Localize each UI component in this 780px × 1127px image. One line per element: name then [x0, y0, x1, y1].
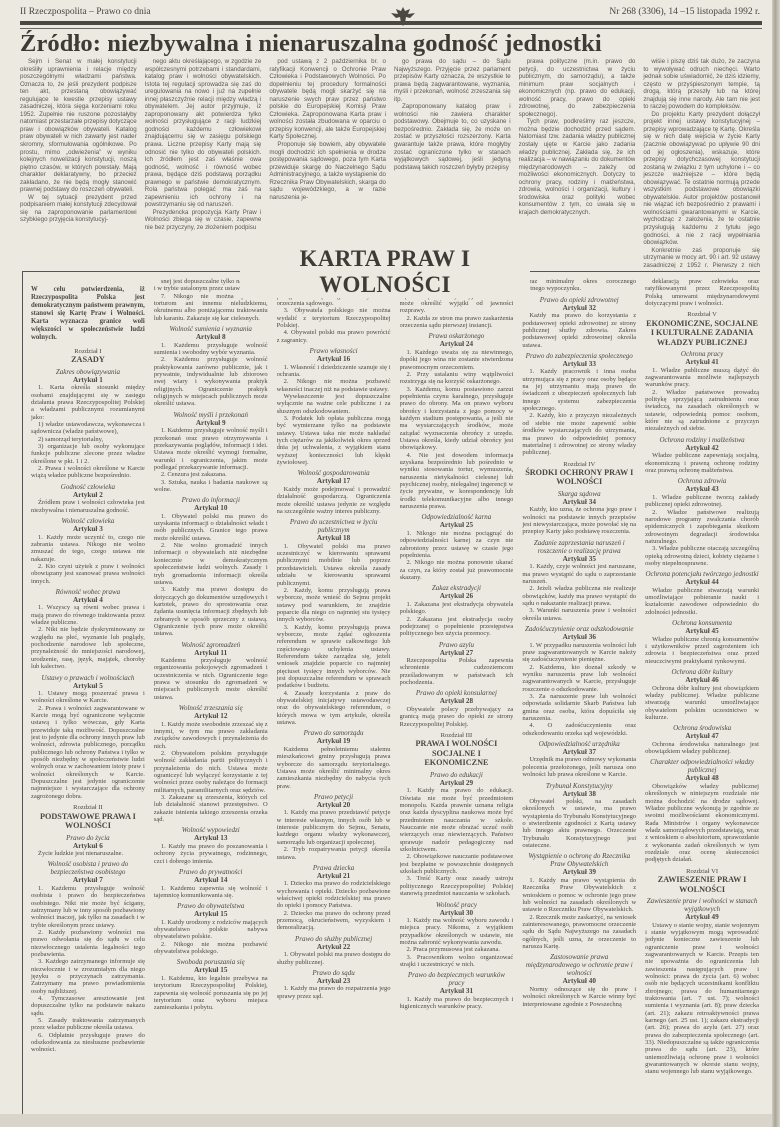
chapter-title: ZASADY — [31, 355, 145, 365]
section-title: Ochrona potencjału twórczego jednostki — [645, 570, 759, 578]
paragraph: 3. Warunki naruszenia praw i wolności ok… — [522, 607, 636, 622]
paragraph: 3) organizacje lub osoby wykonujące funk… — [31, 443, 145, 465]
paragraph: 2. Każdy, kto z przyczyn niezależnych od… — [522, 412, 636, 456]
section-title: Prawo do uczestnictwa w życiu publicznym — [277, 518, 391, 534]
article-number: Artykuł 44 — [645, 578, 759, 587]
intro-column: Sejm i Senat w małej konstytucji określi… — [20, 58, 137, 268]
paragraph: 1. Każdego uważa się za niewinnego, dopó… — [400, 349, 514, 371]
paragraph: 2. Cenzura jest zakazana. — [154, 471, 268, 478]
article-number: Artykuł 30 — [400, 909, 514, 918]
article-number: Artykuł 41 — [645, 358, 759, 367]
paragraph: wiśie i piszę dziś tak dużo, że zaczyna … — [643, 58, 760, 111]
section-title: Wolność człowieka — [31, 517, 145, 525]
preamble: W celu potwierdzenia, iż Rzeczypospolita… — [31, 286, 145, 342]
section-title: Ochrona rodziny i małżeństwa — [645, 436, 759, 444]
article-number: Artykuł 28 — [400, 697, 514, 706]
section-title: Prawo do opieki zdrowotnej — [522, 296, 636, 304]
paragraph: Ochrona dóbr kultury jest obowiązkiem wł… — [645, 685, 759, 722]
section-title: Prawa dziecka — [277, 864, 391, 872]
paragraph: Proponuje się bowiem, aby obywatele mogl… — [269, 141, 386, 201]
paragraph: Konkretnie zaś proponuje się utrzymanie … — [643, 247, 760, 268]
section-title: Prawa oskarżonego — [400, 332, 514, 340]
paragraph: 1. Każdy ma prawo do bezpiecznych i higi… — [400, 996, 514, 1011]
paragraph: 2. Jeżeli władza publiczna nie realizuje… — [522, 585, 636, 607]
paragraph: 1. Władze publiczne muszą dążyć do zagwa… — [645, 367, 759, 389]
paragraph: 2. Nikogo nie można ponownie ukarać za c… — [400, 559, 514, 581]
article-number: Artykuł 23 — [277, 977, 391, 986]
paragraph: 2. Przy ustalaniu winy wątpliwości rozst… — [400, 371, 514, 386]
paragraph: Władze publiczne zapewniają socjalną, ek… — [645, 452, 759, 474]
paragraph: 3. Za naruszenie praw lub wolności odpow… — [522, 693, 636, 722]
article-number: Artykuł 1 — [31, 376, 145, 385]
paragraph: 4. Zasady korzystania z praw do obywatel… — [277, 690, 391, 727]
article-number: Artykuł 33 — [522, 360, 636, 369]
section-title: Prawo do opieki konsularnej — [400, 689, 514, 697]
paragraph: 1. Każdemu przysługuje wolność sumienia … — [154, 342, 268, 357]
section-title: Wolność zgromadzeń — [154, 641, 268, 649]
paragraph: 1. Zakazana jest ekstradycja obywatela p… — [400, 601, 514, 616]
paragraph: 3. Obywatela polskiego nie można wydalić… — [277, 307, 391, 329]
article-number: Artykuł 42 — [645, 444, 759, 453]
section-title: Zakres obowiązywania — [31, 368, 145, 376]
section-title: Prawo azylu — [400, 641, 514, 649]
paragraph: Obywatel polski, na zasadach określonych… — [522, 798, 636, 849]
paragraph: 1. Każdy, czyje wolności jest naruszane,… — [522, 563, 636, 585]
paragraph: 4. Obywatel polski ma prawo powrócić z z… — [277, 329, 391, 344]
chapter-number: Rozdział I — [31, 348, 145, 355]
article-number: Artykuł 13 — [154, 834, 268, 843]
article-number: Artykuł 34 — [522, 498, 636, 507]
article-number: Artykuł 38 — [522, 790, 636, 799]
article-number: Artykuł 15 — [154, 966, 268, 975]
paragraph: Obowiązków władzy publicznej określonych… — [645, 783, 759, 864]
paragraph: 2. Nikogo nie można pozbawić obywatelstw… — [154, 941, 268, 956]
paragraph: prawa polityczne (m.in. prawo do petycji… — [519, 58, 636, 118]
intro-column: wiśie i piszę dziś tak dużo, że zaczyna … — [643, 58, 760, 268]
paragraph: 2. Obywatelom polskim przysługuje wolnoś… — [154, 750, 268, 794]
paragraph: Każdy, kto uzna, że ochrona jego praw i … — [522, 506, 636, 535]
section-title: Wolność pracy — [400, 901, 514, 909]
section-title: Wolność zrzeszania się — [154, 704, 268, 712]
section-title: Prawo petycji — [277, 793, 391, 801]
paragraph: 1. Obywatel polski ma prawo dostępu do s… — [277, 951, 391, 966]
paragraph: 1. Każdemu przysługuje wolność osobista … — [31, 885, 145, 929]
paragraph: 1. Obywatel polski ma prawo uczestniczyć… — [277, 543, 391, 587]
section-title: Skarga sądowa — [522, 490, 636, 498]
article-number: Artykuł 19 — [277, 737, 391, 746]
section-title: Wolność gospodarowania — [277, 469, 391, 477]
paragraph: Normy odnoszące się do praw i wolności o… — [522, 986, 636, 1008]
paragraph: 2. Dziecko ma prawo do ochrony przed prz… — [277, 910, 391, 932]
article-number: Artykuł 40 — [522, 977, 636, 986]
paragraph: 4. Nie jest dowodem informacja uzyskana … — [400, 452, 514, 511]
section-title: Prawo do edukacji — [400, 771, 514, 779]
article-number: Artykuł 18 — [277, 534, 391, 543]
paragraph: 1. Każdy ma prawo do edukacji. Oświata n… — [400, 787, 514, 853]
section-title: Prawo do bezpiecznych warunków pracy — [400, 971, 514, 987]
article-number: Artykuł 15 — [154, 910, 268, 919]
paragraph: 2) samorząd terytorialny, — [31, 436, 145, 443]
article-number: Artykuł 5 — [31, 682, 145, 691]
paragraph: Władze publiczne stwarzają warunki umożl… — [645, 587, 759, 616]
section-title: Prawo do życia — [31, 834, 145, 842]
paragraph: Każdemu pełnoletniemu stałemu mieszkańco… — [277, 746, 391, 790]
intro-column: nego aktu określającego, w zgodzie ze ws… — [145, 58, 262, 268]
paragraph: 1. Każdy ma wolność wyboru zawodu i miej… — [400, 917, 514, 946]
paragraph: go prawa do sądu – do Sądu Najwyższego. … — [394, 58, 511, 103]
article-number: Artykuł 20 — [277, 801, 391, 810]
charter-column: Ograniczenie może określić ustawa ze wzg… — [277, 278, 391, 1113]
paragraph: Źródłem praw i wolności człowieka jest n… — [31, 499, 145, 514]
section-title: Prawo do obywatelstwa — [154, 902, 268, 910]
article-number: Artykuł 17 — [277, 477, 391, 486]
paragraph: 2. Każdy, komu przysługują prawa wyborcz… — [277, 587, 391, 624]
article-number: Artykuł 49 — [645, 913, 759, 922]
charter-column: który rozpatrzy ją jawnie i bez nieuzasa… — [400, 278, 514, 1113]
paragraph: 2. Każda ze stron ma prawo zaskarżenia o… — [400, 315, 514, 330]
header-rule-thin — [20, 28, 762, 29]
intro-article: Sejm i Senat w małej konstytucji określi… — [20, 58, 760, 268]
paragraph: 1. Każdemu przysługuje wolność myśli i p… — [154, 427, 268, 471]
section-title: Prawo do samorządu — [277, 729, 391, 737]
chapter-title: ZAWIESZENIE PRAW I WOLNOŚCI — [645, 875, 759, 894]
section-title: Ochrona zdrowia — [645, 477, 759, 485]
paragraph: 1. Każdy urodzony z rodziców mających ob… — [154, 919, 268, 941]
paragraph: 1) władze ustawodawcza, wykonawcza i sąd… — [31, 421, 145, 436]
paragraph: Każdemu przysługuje wolność organizowani… — [154, 657, 268, 701]
section-title: Ochrona dóbr kultury — [645, 668, 759, 676]
chapter-title: ŚRODKI OCHRONY PRAW I WOLNOŚCI — [522, 468, 636, 487]
article-number: Artykuł 29 — [400, 779, 514, 788]
paragraph: 2. Tryb rozpatrywania petycji określa us… — [277, 846, 391, 861]
paragraph: Sejm i Senat w małej konstytucji określi… — [20, 58, 137, 194]
paragraph: 2. Władze państwowe realizują narodowe p… — [645, 509, 759, 546]
newspaper-page: II Rzeczpospolita – Prawo co dnia Nr 268… — [0, 0, 772, 1127]
chapter-number: Rozdział V — [645, 311, 759, 318]
article-number: Artykuł 35 — [522, 555, 636, 564]
section-title: Prawo do zabezpieczenia społecznego — [522, 352, 636, 360]
paragraph: 1. Obywatel polski ma prawo do uzyskania… — [154, 513, 268, 542]
article-number: Artykuł 24 — [400, 340, 514, 349]
chapter-number: Rozdział IV — [522, 461, 636, 468]
article-number: Artykuł 8 — [154, 333, 268, 342]
issue-info: Nr 268 (3306), 14 –15 listopada 1992 r. — [609, 7, 760, 17]
paragraph: Władze publiczne chronią konsumentów i u… — [645, 636, 759, 665]
paragraph: 2. Praca przymusowa jest zakazana. — [400, 946, 514, 953]
paragraph: 1. Każdy ma prawo przedstawić petycje w … — [277, 809, 391, 846]
paragraph: 5. Zasady traktowania zatrzymanych przez… — [31, 1017, 145, 1032]
paragraph: 2. Obowiązkowe nauczanie podstawowe jest… — [400, 853, 514, 875]
chapter-title: PODSTAWOWE PRAWA I WOLNOŚCI — [31, 812, 145, 831]
paragraph: 2. Nie wolno gromadzić innych informacji… — [154, 542, 268, 586]
paragraph: 1. Wszyscy są równi wobec prawa i mają p… — [31, 604, 145, 626]
article-number: Artykuł 3 — [31, 525, 145, 534]
paragraph: 3. Podatek lub opłata publiczna mogą być… — [277, 415, 391, 466]
paragraph: 2. Każdemu przysługuje wolność praktykow… — [154, 356, 268, 407]
paragraph: 3. Każdy, komu przysługują prawa wyborcz… — [277, 624, 391, 690]
article-number: Artykuł 26 — [400, 592, 514, 601]
paragraph: pod ustawą z 2 października br. o ratyfi… — [269, 58, 386, 141]
section-title: Ochrona konsumenta — [645, 619, 759, 627]
section-title: Trybunał Konstytucyjny — [522, 782, 636, 790]
paragraph: 2. Władze państwowe prowadzą politykę sp… — [645, 389, 759, 433]
paragraph: Obywatele polscy przebywający za granicą… — [400, 706, 514, 728]
section-title: Zawieszenie praw i wolności w stanach wy… — [645, 897, 759, 913]
section-title: Ochrona środowiska — [645, 724, 759, 732]
chapter-title: PRAWA I WOLNOŚCI SOCJALNE I EKONOMICZNE — [400, 739, 514, 768]
paragraph: 1. Każdy pracownik i inna osoba utrzymuj… — [522, 368, 636, 412]
article-number: Artykuł 4 — [31, 596, 145, 605]
article-number: Artykuł 11 — [154, 649, 268, 658]
paragraph: Tych praw, podkreślmy raz jeszcze, można… — [519, 118, 636, 216]
paragraph: 2. Każdy pozbawiony wolności ma prawo od… — [31, 929, 145, 958]
paragraph: 1. Własność i dziedziczenie szanuje się … — [277, 364, 391, 379]
paragraph: 4. O zadośćuczynieniu oraz odszkodowaniu… — [522, 722, 636, 737]
paragraph: 1. Dziecko ma prawo do rodzicielskiego w… — [277, 880, 391, 909]
section-title: Zastosowanie prawa międzynarodowego w oc… — [522, 953, 636, 977]
paragraph: 1. Władze publiczne tworzą zakłady publi… — [645, 494, 759, 509]
section-title: Zadanie zaprzestania naruszeń i roszczen… — [522, 539, 636, 555]
section-title: Wolność myśli i przekonań — [154, 411, 268, 419]
paragraph: Do projektu Karty prezydent dołączył pro… — [643, 111, 760, 247]
section-title: Prawo do prywatności — [154, 868, 268, 876]
header-rule — [20, 21, 762, 25]
paragraph: 1. Każdemu zapewnia się wolność i tajemn… — [154, 885, 268, 900]
article-number: Artykuł 31 — [400, 987, 514, 996]
section-title: Charakter odpowiedzialności władzy publi… — [645, 758, 759, 774]
article-number: Artykuł 47 — [645, 732, 759, 741]
paragraph: 2. Prawa i wolności zagwarantowane w Kar… — [31, 705, 145, 800]
paragraph: 3. Pracownikom wolno organizować strajki… — [400, 954, 514, 969]
section-name: II Rzeczpospolita – Prawo co dnia — [20, 7, 151, 17]
article-number: Artykuł 45 — [645, 627, 759, 636]
paragraph: Każdy może podejmować i prowadzić działa… — [277, 486, 391, 515]
article-number: Artykuł 12 — [154, 712, 268, 721]
paragraph: 2. Zakazana jest ekstradycja osoby podej… — [400, 616, 514, 638]
paragraph: 3. Każdy ma prawo dostępu do dotyczących… — [154, 586, 268, 637]
section-title: Prawo do informacji — [154, 496, 268, 504]
section-title: Zadośćuczynienie oraz odszkodowanie — [522, 625, 636, 633]
paragraph: 6. Odpłatnie przysługuje prawo do odszko… — [31, 1032, 145, 1054]
paragraph: 1. Każdy ma prawo wystąpienia do Rzeczni… — [522, 877, 636, 914]
article-number: Artykuł 32 — [522, 304, 636, 313]
paragraph: Wywłaszczenie jest dopuszczalne wyłączni… — [277, 393, 391, 415]
charter-title: KARTA PRAW I WOLNOŚCI — [240, 246, 530, 298]
paragraph: Zaproponowany katalog praw i wolności ni… — [394, 103, 511, 171]
section-title: Prawo własności — [277, 347, 391, 355]
article-number: Artykuł 6 — [31, 842, 145, 851]
chapter-number: Rozdział VI — [645, 868, 759, 875]
paragraph: 2. Kto czyni użytek z praw i wolności ob… — [31, 563, 145, 585]
chapter-number: Rozdział II — [31, 804, 145, 811]
paragraph: Rzeczpospolita Polska zapewnia schronien… — [400, 657, 514, 686]
paragraph: 1. Każdy ma prawo do rozpatrzenia jego s… — [277, 985, 391, 1000]
section-title: Swoboda poruszania się — [154, 958, 268, 966]
article-number: Artykuł 16 — [277, 355, 391, 364]
chapter-title: EKONOMICZNE, SOCJALNE I KULTURALNE ZADAN… — [645, 319, 759, 348]
intro-column: go prawa do sądu – do Sądu Najwyższego. … — [394, 58, 511, 268]
paragraph: 1. Każdy może uczynić to, czego nie zabr… — [31, 534, 145, 563]
charter-column: snej jest dopuszczalne tylko na zasadach… — [154, 278, 268, 1113]
article-number: Artykuł 21 — [277, 872, 391, 881]
article-number: Artykuł 14 — [154, 876, 268, 885]
article-number: Artykuł 9 — [154, 419, 268, 428]
article-number: Artykuł 7 — [31, 876, 145, 885]
paragraph: Każdy ma prawo do korzystania z podstawo… — [522, 312, 636, 349]
section-title: Wystąpienie o ochronę do Rzecznika Praw … — [522, 852, 636, 868]
charter-column: W celu potwierdzenia, iż Rzeczypospolita… — [31, 278, 145, 1113]
paragraph: 1. Każdemu, kto legalnie przebywa na ter… — [154, 975, 268, 1012]
paragraph: 2. Nikogo nie można pozbawić własności i… — [277, 378, 391, 393]
charter-columns: W celu potwierdzenia, iż Rzeczypospolita… — [31, 278, 759, 1113]
paragraph: 1. Ustawy mogą poszerzać prawa i wolnośc… — [31, 690, 145, 705]
paragraph: 3. Każdego zatrzymanego informuje się ni… — [31, 958, 145, 995]
paragraph: 1. W przypadku naruszenia wolności lub p… — [522, 642, 636, 664]
paragraph: 3. Zakazane są zrzeszenia, których cel l… — [154, 794, 268, 823]
paragraph: Życie ludzkie jest nienaruszalne. — [31, 850, 145, 857]
paragraph: 2. Nikt nie będzie dyskryminowany ze wzg… — [31, 626, 145, 670]
article-number: Artykuł 48 — [645, 774, 759, 783]
article-number: Artykuł 36 — [522, 633, 636, 642]
article-number: Artykuł 22 — [277, 943, 391, 952]
article-number: Artykuł 25 — [400, 521, 514, 530]
paragraph: W tej sytuacji prezydent przed podpisani… — [20, 194, 137, 224]
article-number: Artykuł 46 — [645, 676, 759, 685]
article-number: Artykuł 43 — [645, 485, 759, 494]
paragraph: nego aktu określającego, w zgodzie ze ws… — [145, 58, 262, 209]
intro-column: pod ustawą z 2 października br. o ratyfi… — [269, 58, 386, 268]
paragraph: 2. Każdemu, kto doznał szkody w wyniku n… — [522, 664, 636, 693]
paragraph: 3. Treść Karty oraz zasady ustroju polit… — [400, 875, 514, 897]
page-fold-edge — [772, 0, 780, 1127]
paragraph: 1. Karta określa stosunki między osobami… — [31, 384, 145, 421]
paragraph: 1. Każdy ma prawo do poszanowania i ochr… — [154, 843, 268, 865]
charter-column: raz minimalny okres corocznego płatnego … — [522, 278, 636, 1113]
section-title: Wolność osobista i prawo do bezpieczeńst… — [31, 860, 145, 876]
article-number: Artykuł 39 — [522, 868, 636, 877]
article-number: Artykuł 37 — [522, 748, 636, 757]
section-title: Odpowiedzialność urzędnika — [522, 740, 636, 748]
page-bottom-edge — [0, 1114, 772, 1127]
paragraph: 3. Sztuka, nauka i badania naukowe są wo… — [154, 479, 268, 494]
paragraph: raz minimalny okres corocznego płatnego … — [522, 278, 636, 293]
section-title: Prawo do służby publicznej — [277, 935, 391, 943]
section-title: Ustawy o prawach i wolnościach — [31, 674, 145, 682]
section-title: Odpowiedzialność karna — [400, 513, 514, 521]
charter-column: deklaracją praw człowieka oraz ratyfikow… — [645, 278, 759, 1113]
section-title: Wolność sumienia i wyznania — [154, 325, 268, 333]
section-title: Wolność wypowiedzi — [154, 826, 268, 834]
section-title: Równość wobec prawa — [31, 588, 145, 596]
intro-column: prawa polityczne (m.in. prawo do petycji… — [519, 58, 636, 268]
paragraph: 2. Rzecznik może zaskarżyć, na wniosek z… — [522, 914, 636, 951]
paragraph: deklaracją praw człowieka oraz ratyfikow… — [645, 278, 759, 307]
paragraph: 1. Nikogo nie można pociągnąć do odpowie… — [400, 530, 514, 559]
charter-box: W celu potwierdzenia, iż Rzeczypospolita… — [22, 271, 760, 1114]
article-number: Artykuł 10 — [154, 504, 268, 513]
paragraph: Ustawy o stanie wojny, stanie wojennym i… — [645, 922, 759, 1076]
paragraph: 2. Prawa i wolności określone w Karcie w… — [31, 465, 145, 480]
section-title: Prawo do sądu — [277, 969, 391, 977]
section-title: Zakaz ekstradycji — [400, 584, 514, 592]
headline: Źródło: niezbywalna i nienaruszalna godn… — [20, 30, 760, 58]
paragraph: 4. Tymczasowe aresztowanie jest dopuszcz… — [31, 995, 145, 1017]
paragraph: Ochrona środowiska naturalnego jest obow… — [645, 741, 759, 756]
paragraph: Urzędnik ma prawo odmowy wykonania polec… — [522, 756, 636, 778]
paragraph: 1. Każdy może swobodnie zrzeszać się z i… — [154, 721, 268, 750]
paragraph: 3. Władze publiczne otaczają szczególną … — [645, 545, 759, 567]
section-title: Godność człowieka — [31, 483, 145, 491]
paragraph: 3. Każdemu, komu postawiono zarzut popeł… — [400, 386, 514, 452]
section-title: Ochrona pracy — [645, 350, 759, 358]
paragraph: Prezydencka propozycja Karty Praw i Woln… — [145, 209, 262, 232]
article-number: Artykuł 27 — [400, 649, 514, 658]
